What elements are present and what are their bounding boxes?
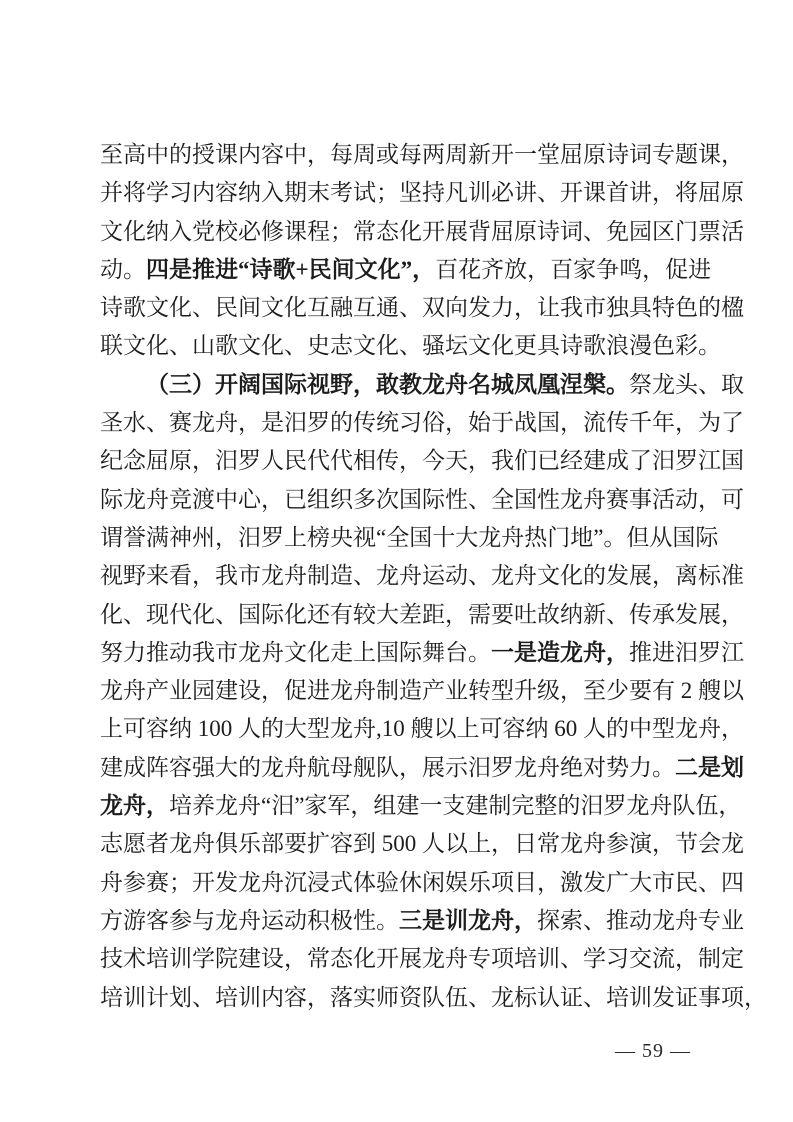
text-segment: 祭龙头、取: [629, 372, 744, 397]
text-segment: 诗歌文化、民间文化互融互通、双向发力，让我市独具特色的楹: [100, 295, 744, 320]
text-line: 文化纳入党校必修课程；常态化开展背屈原诗词、免园区门票活: [100, 213, 708, 251]
text-line: 龙舟，培养龙舟“汨”家军，组建一支建制完整的汨罗龙舟队伍，: [100, 787, 708, 825]
text-segment: 化、现代化、国际化还有较大差距，需要吐故纳新、传承发展，: [100, 602, 744, 627]
bold-text-segment: 三是训龙舟，: [399, 908, 537, 933]
bold-text-segment: 四是推进“诗歌+民间文化”，: [146, 257, 435, 282]
text-segment: 培训计划、培训内容，落实师资队伍、龙标认证、培训发证事项，: [100, 985, 767, 1010]
document-body: 至高中的授课内容中，每周或每两周新开一堂屈原诗词专题课，并将学习内容纳入期末考试…: [100, 136, 708, 1017]
text-line: 努力推动我市龙舟文化走上国际舞台。一是造龙舟，推进汨罗江: [100, 634, 708, 672]
text-line: 谓誉满神州，汨罗上榜央视“全国十大龙舟热门地”。但从国际: [100, 519, 708, 557]
text-segment: 方游客参与龙舟运动积极性。: [100, 908, 399, 933]
text-line: 方游客参与龙舟运动积极性。三是训龙舟，探索、推动龙舟专业: [100, 902, 708, 940]
text-segment: 谓誉满神州，汨罗上榜央视“全国十大龙舟热门地”。但从国际: [100, 525, 718, 550]
text-line: 建成阵容强大的龙舟航母舰队，展示汨罗龙舟绝对势力。二是划: [100, 749, 708, 787]
text-segment: 百花齐放，百家争鸣，促进: [435, 257, 711, 282]
text-line: 并将学习内容纳入期末考试；坚持凡训必讲、开课首讲，将屈原: [100, 174, 708, 212]
text-line: 纪念屈原，汨罗人民代代相传，今天，我们已经建成了汨罗江国: [100, 442, 708, 480]
text-line: 培训计划、培训内容，落实师资队伍、龙标认证、培训发证事项，: [100, 979, 708, 1017]
text-segment: 龙舟产业园建设，促进龙舟制造产业转型升级，至少要有 2 艘以: [100, 678, 744, 703]
bold-text-segment: 龙舟，: [100, 793, 169, 818]
text-segment: 至高中的授课内容中，每周或每两周新开一堂屈原诗词专题课，: [100, 142, 744, 167]
text-segment: 际龙舟竞渡中心，已组织多次国际性、全国性龙舟赛事活动，可: [100, 487, 744, 512]
bold-text-segment: 二是划: [675, 755, 744, 780]
text-segment: 纪念屈原，汨罗人民代代相传，今天，我们已经建成了汨罗江国: [100, 448, 744, 473]
text-segment: 探索、推动龙舟专业: [537, 908, 744, 933]
text-line: 圣水、赛龙舟，是汨罗的传统习俗，始于战国，流传千年，为了: [100, 404, 708, 442]
text-line: 际龙舟竞渡中心，已组织多次国际性、全国性龙舟赛事活动，可: [100, 481, 708, 519]
text-line: 联文化、山歌文化、史志文化、骚坛文化更具诗歌浪漫色彩。: [100, 327, 708, 365]
text-line: 志愿者龙舟俱乐部要扩容到 500 人以上，日常龙舟参演，节会龙: [100, 825, 708, 863]
text-segment: 并将学习内容纳入期末考试；坚持凡训必讲、开课首讲，将屈原: [100, 180, 744, 205]
text-segment: 舟参赛；开发龙舟沉浸式体验休闲娱乐项目，激发广大市民、四: [100, 870, 744, 895]
text-line: 技术培训学院建设，常态化开展龙舟专项培训、学习交流，制定: [100, 940, 708, 978]
text-segment: 建成阵容强大的龙舟航母舰队，展示汨罗龙舟绝对势力。: [100, 755, 675, 780]
text-segment: 努力推动我市龙舟文化走上国际舞台。: [100, 640, 491, 665]
text-line: 上可容纳 100 人的大型龙舟,10 艘以上可容纳 60 人的中型龙舟，: [100, 710, 708, 748]
text-segment: 技术培训学院建设，常态化开展龙舟专项培训、学习交流，制定: [100, 946, 744, 971]
text-line: 舟参赛；开发龙舟沉浸式体验休闲娱乐项目，激发广大市民、四: [100, 864, 708, 902]
page-number: — 59 —: [603, 1040, 703, 1062]
text-line: （三）开阔国际视野，敢教龙舟名城凤凰涅槃。祭龙头、取: [100, 366, 708, 404]
text-segment: 推进汨罗江: [629, 640, 744, 665]
text-segment: 培养龙舟“汨”家军，组建一支建制完整的汨罗龙舟队伍，: [169, 793, 741, 818]
text-line: 诗歌文化、民间文化互融互通、双向发力，让我市独具特色的楹: [100, 289, 708, 327]
bold-text-segment: 一是造龙舟，: [491, 640, 629, 665]
text-segment: 联文化、山歌文化、史志文化、骚坛文化更具诗歌浪漫色彩。: [100, 333, 721, 358]
text-segment: 视野来看，我市龙舟制造、龙舟运动、龙舟文化的发展，离标准: [100, 563, 744, 588]
text-segment: 动。: [100, 257, 146, 282]
text-line: 至高中的授课内容中，每周或每两周新开一堂屈原诗词专题课，: [100, 136, 708, 174]
text-segment: 上可容纳 100 人的大型龙舟,10 艘以上可容纳 60 人的中型龙舟，: [100, 716, 744, 741]
text-segment: 志愿者龙舟俱乐部要扩容到 500 人以上，日常龙舟参演，节会龙: [100, 831, 744, 856]
text-line: 动。四是推进“诗歌+民间文化”，百花齐放，百家争鸣，促进: [100, 251, 708, 289]
document-page: 至高中的授课内容中，每周或每两周新开一堂屈原诗词专题课，并将学习内容纳入期末考试…: [0, 0, 793, 1122]
text-line: 龙舟产业园建设，促进龙舟制造产业转型升级，至少要有 2 艘以: [100, 672, 708, 710]
text-line: 化、现代化、国际化还有较大差距，需要吐故纳新、传承发展，: [100, 596, 708, 634]
text-segment: 圣水、赛龙舟，是汨罗的传统习俗，始于战国，流传千年，为了: [100, 410, 744, 435]
text-segment: 文化纳入党校必修课程；常态化开展背屈原诗词、免园区门票活: [100, 219, 744, 244]
bold-text-segment: （三）开阔国际视野，敢教龙舟名城凤凰涅槃。: [146, 372, 629, 397]
text-line: 视野来看，我市龙舟制造、龙舟运动、龙舟文化的发展，离标准: [100, 557, 708, 595]
